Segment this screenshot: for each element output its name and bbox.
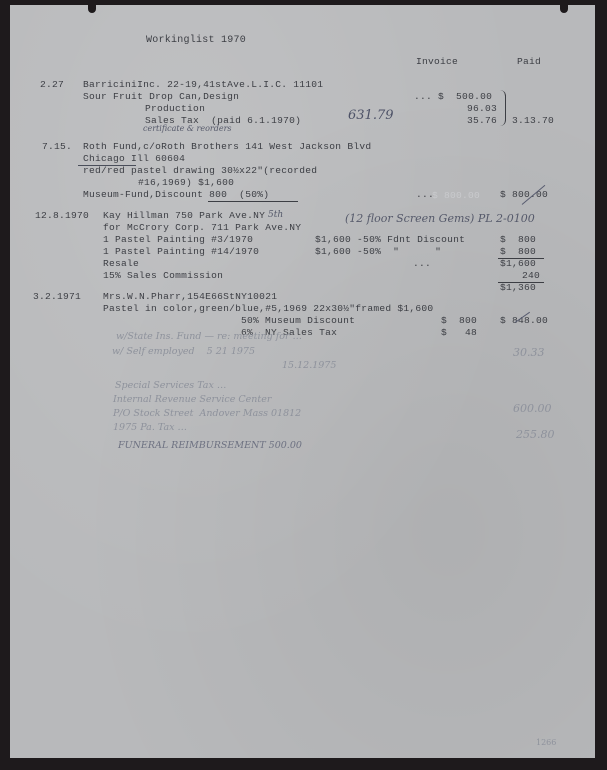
underline — [208, 201, 298, 202]
handwritten-amount: 600.00 — [513, 402, 552, 415]
invoice-amount: 35.76 — [467, 116, 497, 126]
entry-line: 1 Pastel Painting #14/1970 — [103, 247, 259, 257]
handwritten-amount: 255.80 — [516, 428, 555, 441]
entry-line: Roth Fund,c/oRoth Brothers 141 West Jack… — [83, 142, 371, 152]
entry-line: Chicago Ill 60604 — [83, 154, 185, 164]
amount: 240 — [522, 271, 540, 281]
handwritten-line: w/ Self employed 5 21 1975 — [112, 346, 255, 357]
handwritten-note: (12 floor Screen Gems) PL 2-0100 — [345, 212, 535, 225]
amount: $ 800 — [500, 247, 536, 257]
invoice-amount: 96.03 — [467, 104, 497, 114]
entry-line: BarriciniInc. 22-19,41stAve.L.I.C. 11101 — [83, 80, 323, 90]
amount: $ 800 — [500, 235, 536, 245]
entry-line: Production — [145, 104, 205, 114]
amount-total: $1,360 — [500, 283, 536, 293]
entry-line: for McCrory Corp. 711 Park Ave.NY — [103, 223, 301, 233]
handwritten-line: Internal Revenue Service Center — [113, 394, 271, 405]
document-page — [10, 5, 595, 758]
price-line: $1,600 -50% Fdnt Discount — [315, 235, 465, 245]
bracket — [500, 90, 506, 126]
entry-line: Pastel in color,green/blue,#5,1969 22x30… — [103, 304, 433, 314]
handwritten-line: Special Services Tax … — [115, 380, 226, 391]
page-title: Workinglist 1970 — [146, 36, 246, 46]
entry-line: Sour Fruit Drop Can,Design — [83, 92, 239, 102]
handwritten-line: 15.12.1975 — [282, 360, 336, 371]
handwritten-line: FUNERAL REIMBURSEMENT 500.00 — [118, 440, 302, 451]
entry-line: Mrs.W.N.Pharr,154E66StNY10021 — [103, 292, 277, 302]
amount: $1,600 — [500, 259, 536, 269]
resale-dots: ... — [413, 259, 431, 269]
invoice-amount: ... $ 500.00 — [414, 92, 492, 102]
entry-date: 3.2.1971 — [33, 292, 81, 302]
entry-line: Resale — [103, 259, 139, 269]
paid-date: 3.13.70 — [512, 116, 554, 126]
handwritten-line: w/State Ins. Fund — re: meeting for … — [116, 331, 302, 342]
entry-line: red/red pastel drawing 30½x22"(recorded — [83, 166, 317, 176]
paid-amount: $ 800.00 — [500, 190, 548, 200]
handwritten-amount: 30.33 — [513, 346, 545, 359]
entry-date: 7.15. — [42, 142, 72, 152]
entry-line: Kay Hillman 750 Park Ave.NY — [103, 211, 265, 221]
entry-line: 1 Pastel Painting #3/1970 — [103, 235, 253, 245]
invoice-struck-amount: $ 800.00 — [432, 190, 480, 201]
handwritten-total: 631.79 — [348, 108, 394, 123]
page-number: 1266 — [536, 738, 556, 747]
handwritten-line: 1975 Pa. Tax … — [113, 422, 187, 433]
entry-date: 12.8.1970 — [35, 211, 89, 221]
entry-line: Museum-Fund,Discount 800 (50%) — [83, 190, 269, 200]
page-notch-left — [88, 5, 96, 13]
entry-line: 15% Sales Commission — [103, 271, 223, 281]
handwritten-correction: 5th — [268, 210, 283, 220]
column-header-invoice: Invoice — [416, 57, 458, 67]
handwritten-line: P/O Stock Street Andover Mass 01812 — [113, 408, 301, 419]
page-notch-right — [560, 5, 568, 13]
entry-date: 2.27 — [40, 80, 64, 90]
entry-line: 50% Museum Discount — [241, 316, 355, 326]
price-line: $1,600 -50% " " — [315, 247, 441, 257]
amount: $ 800 — [441, 316, 477, 326]
handwritten-note: certificate & reorders — [143, 124, 232, 133]
entry-line: #16,1969) $1,600 — [138, 178, 234, 188]
paid-amount: $ 848.00 — [500, 316, 548, 326]
amount: $ 48 — [441, 328, 477, 338]
column-header-paid: Paid — [517, 57, 541, 67]
